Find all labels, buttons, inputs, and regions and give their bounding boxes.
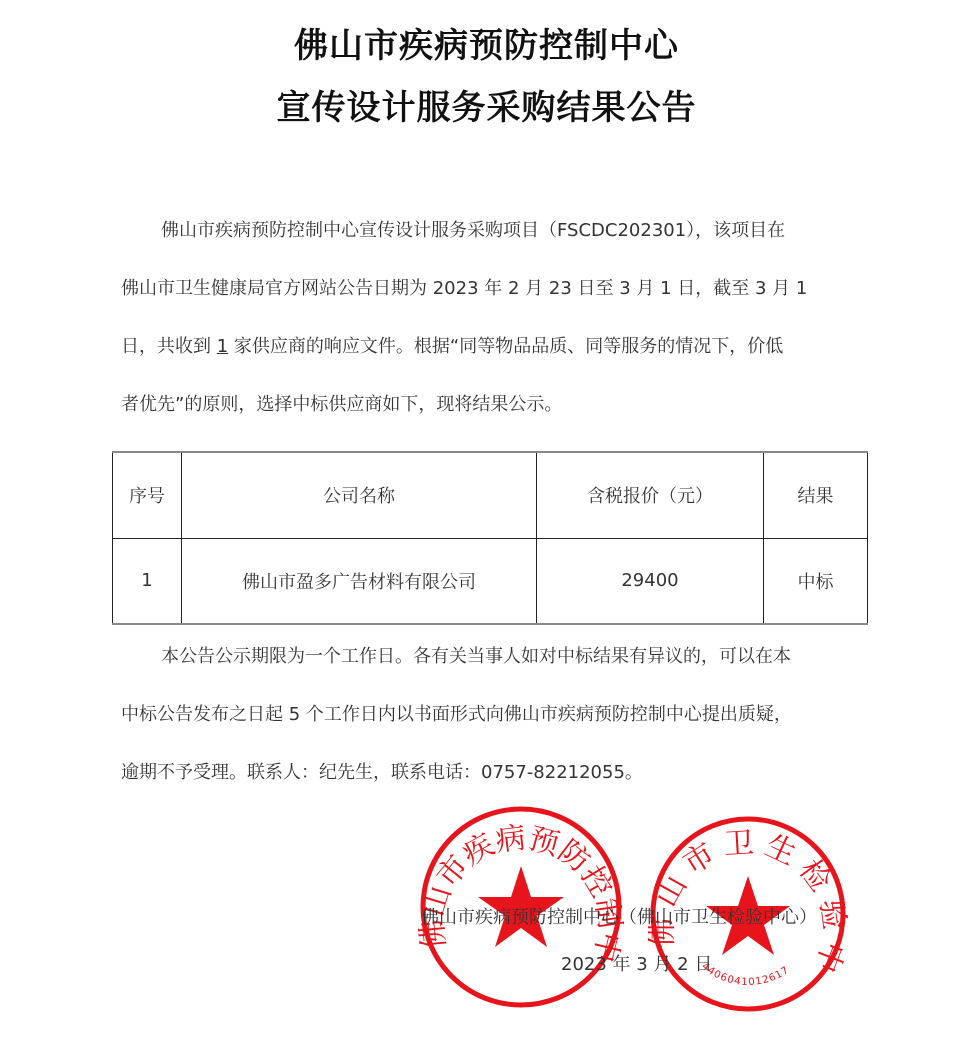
signature-date: 2023 年 3 月 2 日 xyxy=(561,950,712,976)
intro-line-4: 者优先”的原则，选择中标供应商如下，现将结果公示。 xyxy=(121,376,861,434)
supplier-count: 1 xyxy=(217,336,228,357)
cell-result: 中标 xyxy=(764,538,868,624)
page-title-line1: 佛山市疾病预防控制中心 xyxy=(0,26,973,66)
intro-paragraph: 佛山市疾病预防控制中心宣传设计服务采购项目（FSCDC202301），该项目在 … xyxy=(121,202,861,434)
notice-line-2: 中标公告发布之日起 5 个工作日内以书面形式向佛山市疾病预防控制中心提出质疑， xyxy=(121,686,861,744)
result-table: 序号 公司名称 含税报价（元） 结果 1 佛山市盈多广告材料有限公司 29400… xyxy=(112,451,868,625)
intro-line-3-pre: 日，共收到 xyxy=(121,336,217,357)
cell-company: 佛山市盈多广告材料有限公司 xyxy=(182,538,537,624)
page-title-line2: 宣传设计服务采购结果公告 xyxy=(0,88,973,128)
header-company: 公司名称 xyxy=(182,452,537,538)
svg-text:4406041012617: 4406041012617 xyxy=(699,961,791,988)
signature-org: 佛山市疾病预防控制中心（佛山市卫生检验中心） xyxy=(421,903,817,929)
intro-line-3: 日，共收到 1 家供应商的响应文件。根据“同等物品品质、同等服务的情况下，价低 xyxy=(121,318,861,376)
notice-paragraph: 本公告公示期限为一个工作日。各有关当事人如对中标结果有异议的，可以在本 中标公告… xyxy=(121,628,861,802)
header-price: 含税报价（元） xyxy=(537,452,764,538)
notice-line-1: 本公告公示期限为一个工作日。各有关当事人如对中标结果有异议的，可以在本 xyxy=(121,628,861,686)
cell-no: 1 xyxy=(113,538,182,624)
cell-price: 29400 xyxy=(537,538,764,624)
header-no: 序号 xyxy=(113,452,182,538)
intro-line-3-post: 家供应商的响应文件。根据“同等物品品质、同等服务的情况下，价低 xyxy=(228,336,783,357)
notice-line-3: 逾期不予受理。联系人：纪先生，联系电话：0757-82212055。 xyxy=(121,744,861,802)
intro-line-1: 佛山市疾病预防控制中心宣传设计服务采购项目（FSCDC202301），该项目在 xyxy=(121,202,861,260)
intro-line-2: 佛山市卫生健康局官方网站公告日期为 2023 年 2 月 23 日至 3 月 1… xyxy=(121,260,861,318)
table-header-row: 序号 公司名称 含税报价（元） 结果 xyxy=(113,452,868,538)
seal2-code: 4406041012617 xyxy=(699,961,791,988)
table-row: 1 佛山市盈多广告材料有限公司 29400 中标 xyxy=(113,538,868,624)
header-result: 结果 xyxy=(764,452,868,538)
